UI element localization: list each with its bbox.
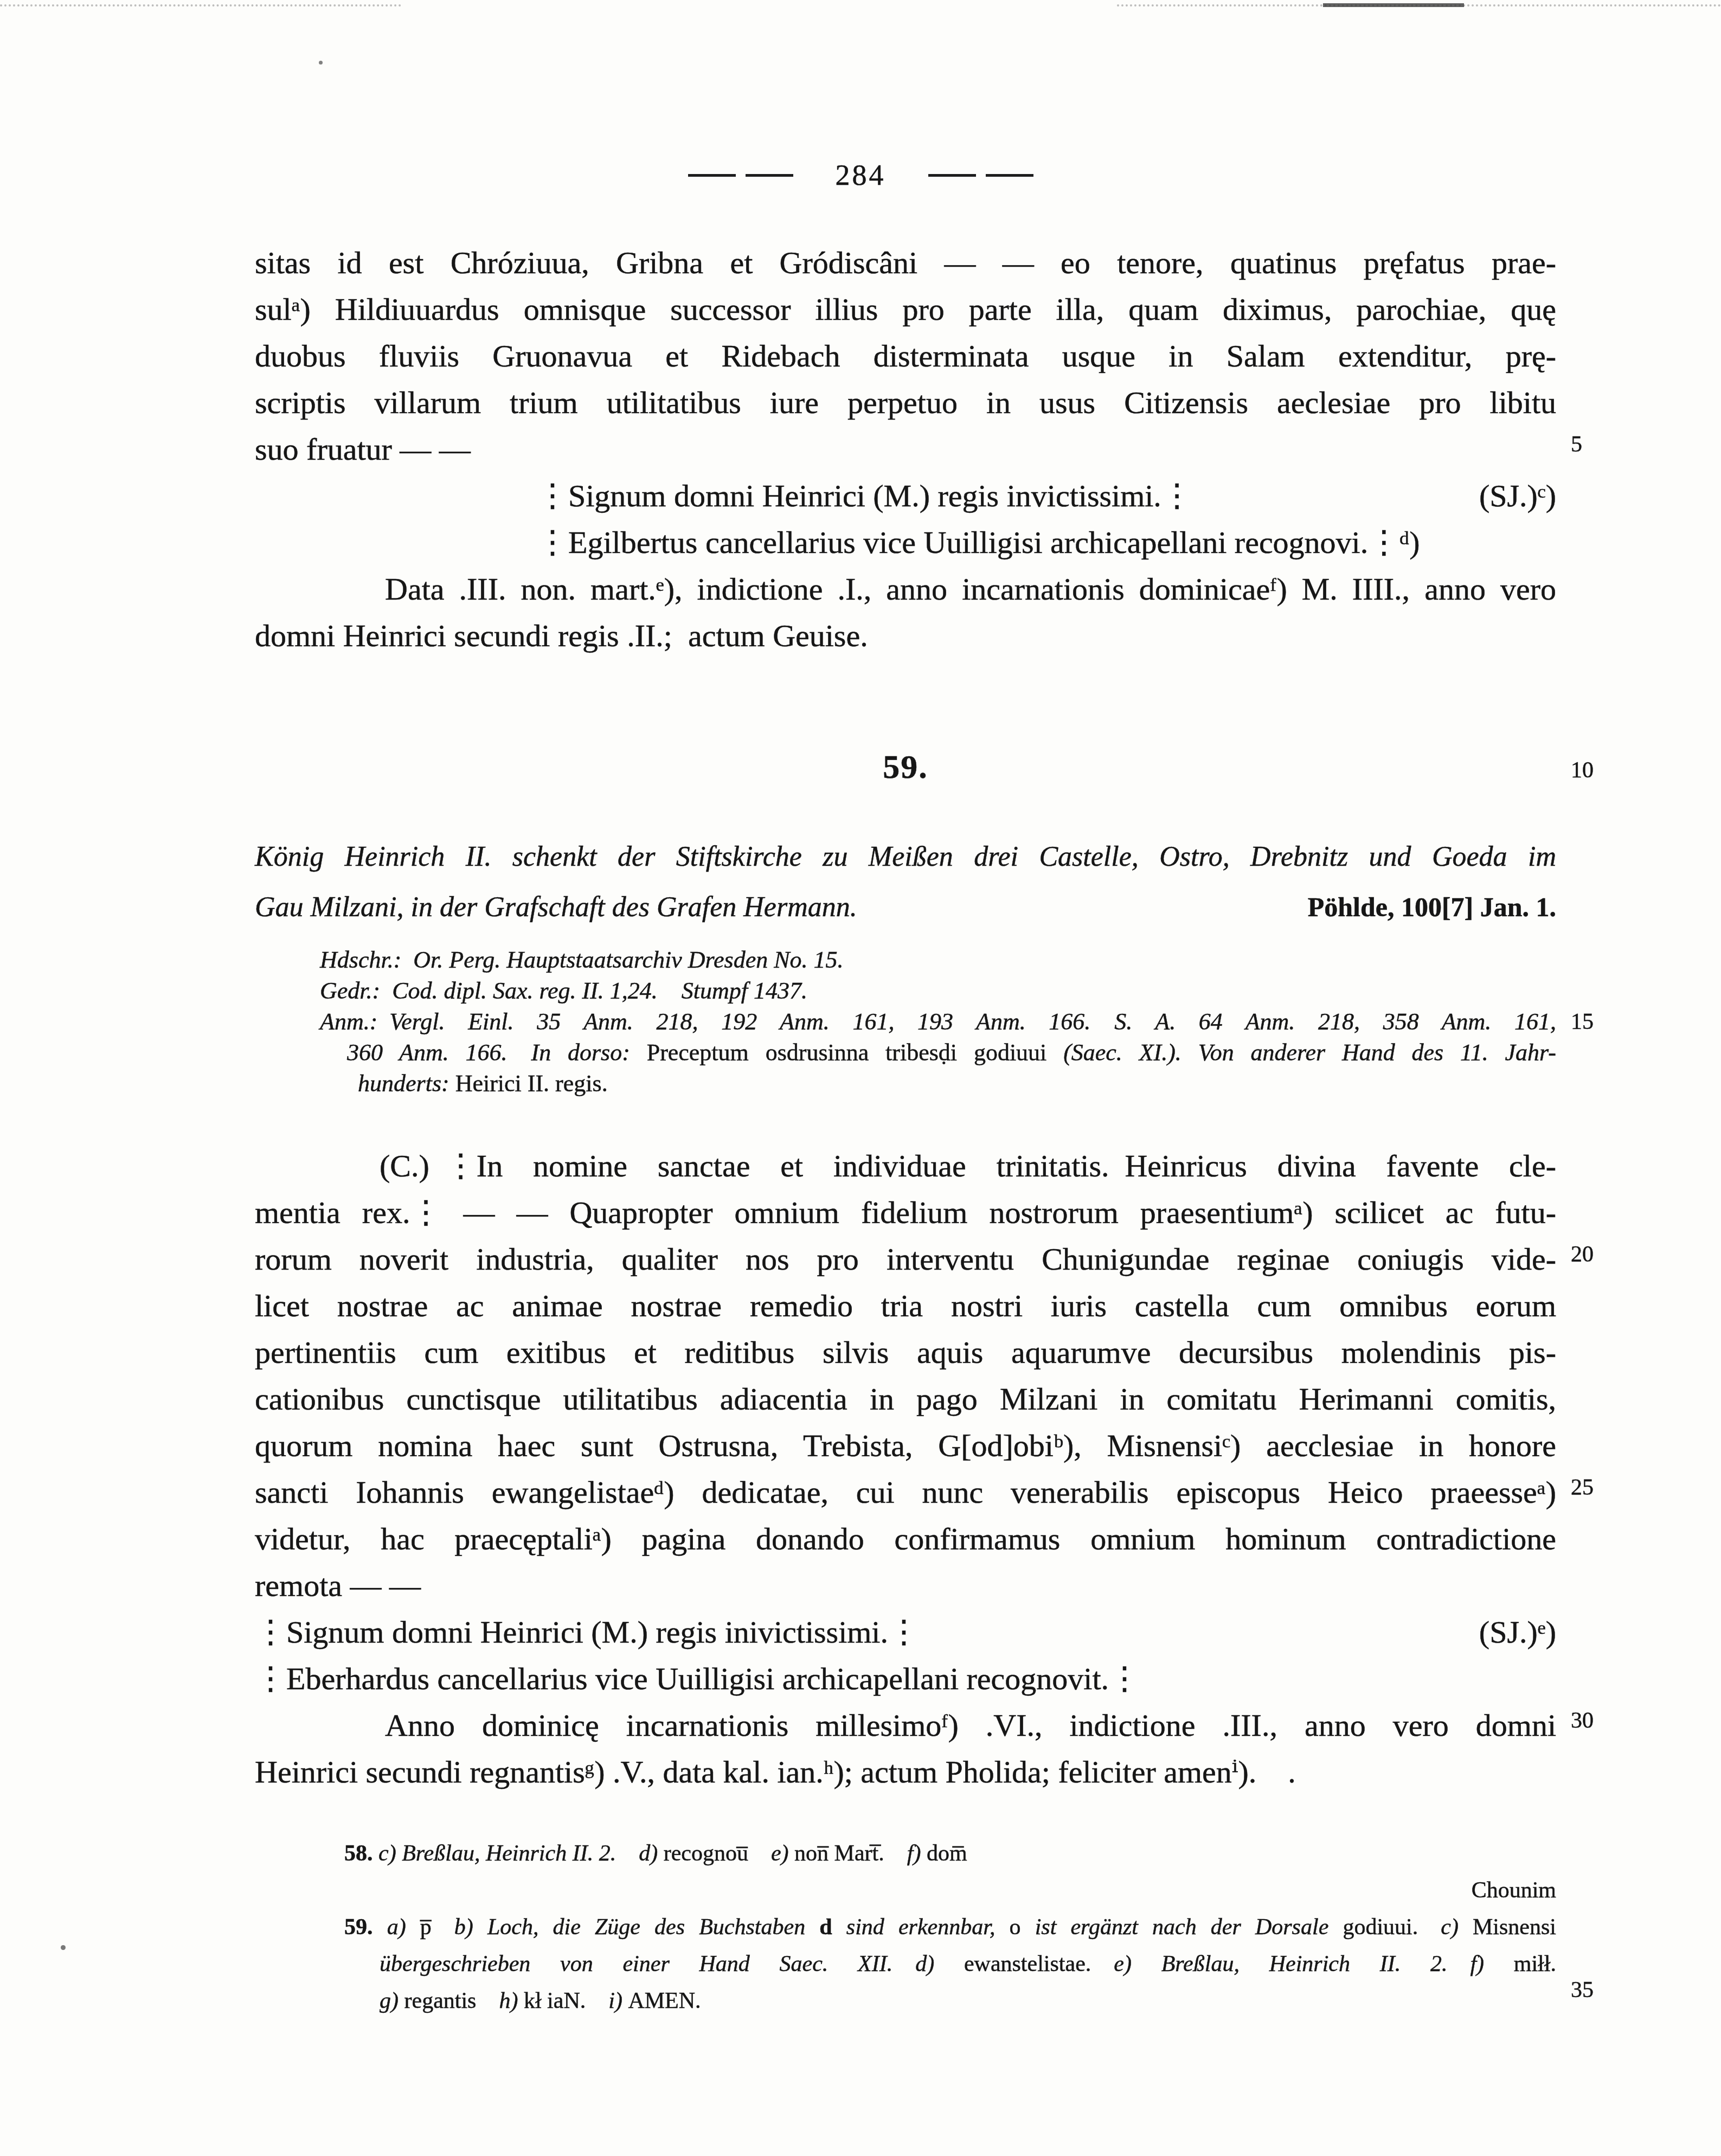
scan-artifact-top-left: [0, 4, 401, 7]
margin-line-number: 15: [1571, 1011, 1620, 1033]
regest-line: Gau Milzani, in der Grafschaft des Grafe…: [255, 882, 1556, 932]
text-line: sulᵃ) Hildiuuardus omnisque successor il…: [255, 286, 1556, 333]
header-rule-right: [928, 174, 1033, 177]
apparatus-line: 360 Anm. 166. In dorso: Preceptum osdrus…: [255, 1037, 1556, 1068]
text-segment: non̅ Mart̅.: [794, 1841, 907, 1866]
rule-dash: [986, 174, 1033, 177]
apparatus-line-hdschr: Hdschr.: Or. Perg. Hauptstaatsarchiv Dre…: [255, 944, 1556, 975]
text-segment: o: [1010, 1915, 1035, 1940]
charter-number-heading: 59.: [255, 748, 1556, 787]
recognition-line: ⋮Eberhardus cancellarius vice Uuilligisi…: [255, 1656, 1556, 1702]
text-segment: Hdschr.: Or. Perg. Hauptstaatsarchiv Dre…: [320, 947, 844, 973]
text-segment: ist ergänzt nach der Dorsale: [1035, 1915, 1343, 1940]
footnote-59-line: übergeschrieben von einer Hand Saec. XII…: [255, 1946, 1556, 1983]
rule-dash: [746, 174, 793, 177]
text-segment: e): [1114, 1952, 1161, 1977]
rule-dash: [928, 174, 976, 177]
text-segment: e): [771, 1841, 794, 1866]
text-line: (C.) ⋮In nomine sanctae et individuae tr…: [255, 1143, 1556, 1189]
signum-text: ⋮Signum domni Heinrici (M.) regis inivic…: [255, 1614, 920, 1650]
signum-line: ⋮Signum domni Heinrici (M.) regis invict…: [255, 473, 1556, 519]
footnote-59-line: g) regantis h) kł iaN. i) AMEN.: [255, 1983, 1556, 2019]
text-line: pertinentiis cum exitibus et reditibus s…: [255, 1329, 1556, 1376]
text-line: scriptis villarum trium utilitatibus iur…: [255, 379, 1556, 426]
scan-speck: [319, 61, 323, 65]
text-segment: AMEN.: [628, 1988, 701, 2013]
apparatus-line: hunderts: Heirici II. regis.: [255, 1068, 1556, 1099]
margin-line-number: 25: [1571, 1476, 1620, 1499]
text-segment: (Saec. XI.). Von anderer Hand des 11. Ja…: [1063, 1039, 1556, 1066]
margin-line-number: 30: [1571, 1709, 1620, 1732]
signum-line: ⋮Signum domni Heinrici (M.) regis inivic…: [255, 1609, 1556, 1656]
footnote-58: 58. c) Breßlau, Heinrich II. 2. d) recog…: [255, 1835, 1556, 1872]
page-header: 284: [0, 158, 1721, 192]
text-segment: Breßlau, Heinrich II. 2.: [1161, 1952, 1470, 1977]
apparatus-line-anm: Anm.: Vergl. Einl. 35 Anm. 218, 192 Anm.…: [255, 1006, 1556, 1037]
text-segment: h): [499, 1988, 524, 2013]
regest-line: König Heinrich II. schenkt der Stiftskir…: [255, 832, 1556, 882]
text-segment: d): [639, 1841, 664, 1866]
text-line: licet nostrae ac animae nostrae remedio …: [255, 1283, 1556, 1329]
text-segment: f): [907, 1841, 927, 1866]
text-segment: Heirici II. regis.: [455, 1070, 608, 1097]
dating-line: Data .III. non. mart.ᵉ), indictione .I.,…: [255, 566, 1556, 613]
page-number: 284: [836, 158, 886, 192]
apparatus-line-gedr: Gedr.: Cod. dipl. Sax. reg. II. 1,24. St…: [255, 975, 1556, 1006]
text-line: videtur, hac praecęptaliᵃ) pagina donand…: [255, 1516, 1556, 1562]
header-rule-left: [688, 174, 793, 177]
signum-text: ⋮Signum domni Heinrici (M.) regis invict…: [255, 473, 1556, 519]
text-segment: regantis: [404, 1988, 499, 2013]
dating-line: domni Heinrici secundi regis .II.; actum…: [255, 613, 1556, 659]
text-segment: b): [454, 1915, 487, 1940]
text-segment: sind erkennbar,: [846, 1915, 1010, 1940]
date-place: Pöhlde, 100[7] Jan. 1.: [1308, 882, 1556, 932]
footnote-catchword-line: Chounim: [255, 1872, 1556, 1909]
text-segment: 59.: [344, 1915, 387, 1940]
text-segment: übergeschrieben von einer Hand Saec. XII…: [380, 1952, 915, 1977]
charter-59-text: (C.) ⋮In nomine sanctae et individuae tr…: [255, 1143, 1556, 1795]
text-segment: g): [380, 1988, 404, 2013]
text-line: sancti Iohannis ewangelistaeᵈ) dedicatae…: [255, 1469, 1556, 1516]
scan-speck: [61, 1945, 66, 1950]
charter-59-regest: König Heinrich II. schenkt der Stiftskir…: [255, 832, 1556, 932]
text-line: duobus fluviis Gruonavua et Ridebach dis…: [255, 333, 1556, 379]
text-segment: miłł.: [1514, 1952, 1556, 1977]
scanned-book-page: 284 sitas id est Chróziuua, Gribna et Gr…: [0, 0, 1721, 2156]
footnote-59-line: 59. a) p̅ b) Loch, die Züge des Buchstab…: [255, 1909, 1556, 1946]
rule-dash: [688, 174, 736, 177]
text-segment: ewanstelistae.: [964, 1952, 1114, 1977]
text-line: rorum noverit industria, qualiter nos pr…: [255, 1236, 1556, 1283]
text-segment: kł iaN.: [524, 1988, 608, 2013]
text-segment: a): [387, 1915, 420, 1940]
text-line: suo fruatur — —: [255, 426, 1556, 473]
text-segment: Loch, die Züge des Buchstaben: [487, 1915, 819, 1940]
text-segment: dom̅: [927, 1841, 967, 1866]
recognition-text: ⋮Egilbertus cancellarius vice Uuilligisi…: [255, 519, 1556, 566]
text-segment: Gedr.: Cod. dipl. Sax. reg. II. 1,24. St…: [320, 977, 807, 1004]
regest-tail: Gau Milzani, in der Grafschaft des Grafe…: [255, 883, 857, 932]
scan-artifact-dash: [1323, 3, 1464, 7]
dating-line: Anno dominicę incarnationis millesimoᶠ) …: [255, 1702, 1556, 1749]
text-segment: f): [1470, 1952, 1513, 1977]
text-segment: hunderts:: [358, 1070, 455, 1097]
text-segment: recognou̅: [664, 1841, 771, 1866]
text-line: remota — —: [255, 1562, 1556, 1609]
charter-58-end: sitas id est Chróziuua, Gribna et Gródis…: [255, 240, 1556, 659]
text-segment: c): [1441, 1915, 1473, 1940]
text-segment: Anm.: Vergl. Einl. 35 Anm. 218, 192 Anm.…: [320, 1008, 1556, 1035]
text-segment: godiuui.: [1343, 1915, 1441, 1940]
margin-line-number: 20: [1571, 1243, 1620, 1266]
text-segment: p̅: [420, 1915, 454, 1940]
footnote-catchword: Chounim: [1472, 1878, 1556, 1903]
margin-line-number: 35: [1571, 1979, 1620, 2001]
text-line: mentia rex.⋮ — — Quapropter omnium fidel…: [255, 1189, 1556, 1236]
margin-line-number: 10: [1571, 759, 1620, 782]
text-line: cationibus cunctisque utilitatibus adiac…: [255, 1376, 1556, 1423]
text-segment: 360 Anm. 166. In dorso:: [347, 1039, 647, 1066]
footnotes: 58. c) Breßlau, Heinrich II. 2. d) recog…: [255, 1835, 1556, 2019]
recognition-line: ⋮Egilbertus cancellarius vice Uuilligisi…: [255, 519, 1556, 566]
text-line: sitas id est Chróziuua, Gribna et Gródis…: [255, 240, 1556, 286]
text-segment: i): [608, 1988, 628, 2013]
seal-mark: (SJ.)ᶜ): [1479, 473, 1556, 519]
text-segment: Preceptum osdrusinna tribesḍi godiuui: [647, 1039, 1064, 1066]
seal-mark: (SJ.)ᵉ): [1479, 1609, 1556, 1656]
charter-59-apparatus: Hdschr.: Or. Perg. Hauptstaatsarchiv Dre…: [255, 944, 1556, 1099]
dating-line: Heinrici secundi regnantisᵍ) .V., data k…: [255, 1749, 1556, 1795]
margin-line-number: 5: [1571, 433, 1620, 456]
text-line: quorum nomina haec sunt Ostrusna, Trebis…: [255, 1423, 1556, 1469]
text-segment: Misnensi: [1473, 1915, 1556, 1940]
text-segment: d): [915, 1952, 964, 1977]
text-segment: d: [819, 1915, 846, 1940]
text-segment: 58.: [344, 1841, 378, 1866]
text-segment: c) Breßlau, Heinrich II. 2.: [378, 1841, 639, 1866]
